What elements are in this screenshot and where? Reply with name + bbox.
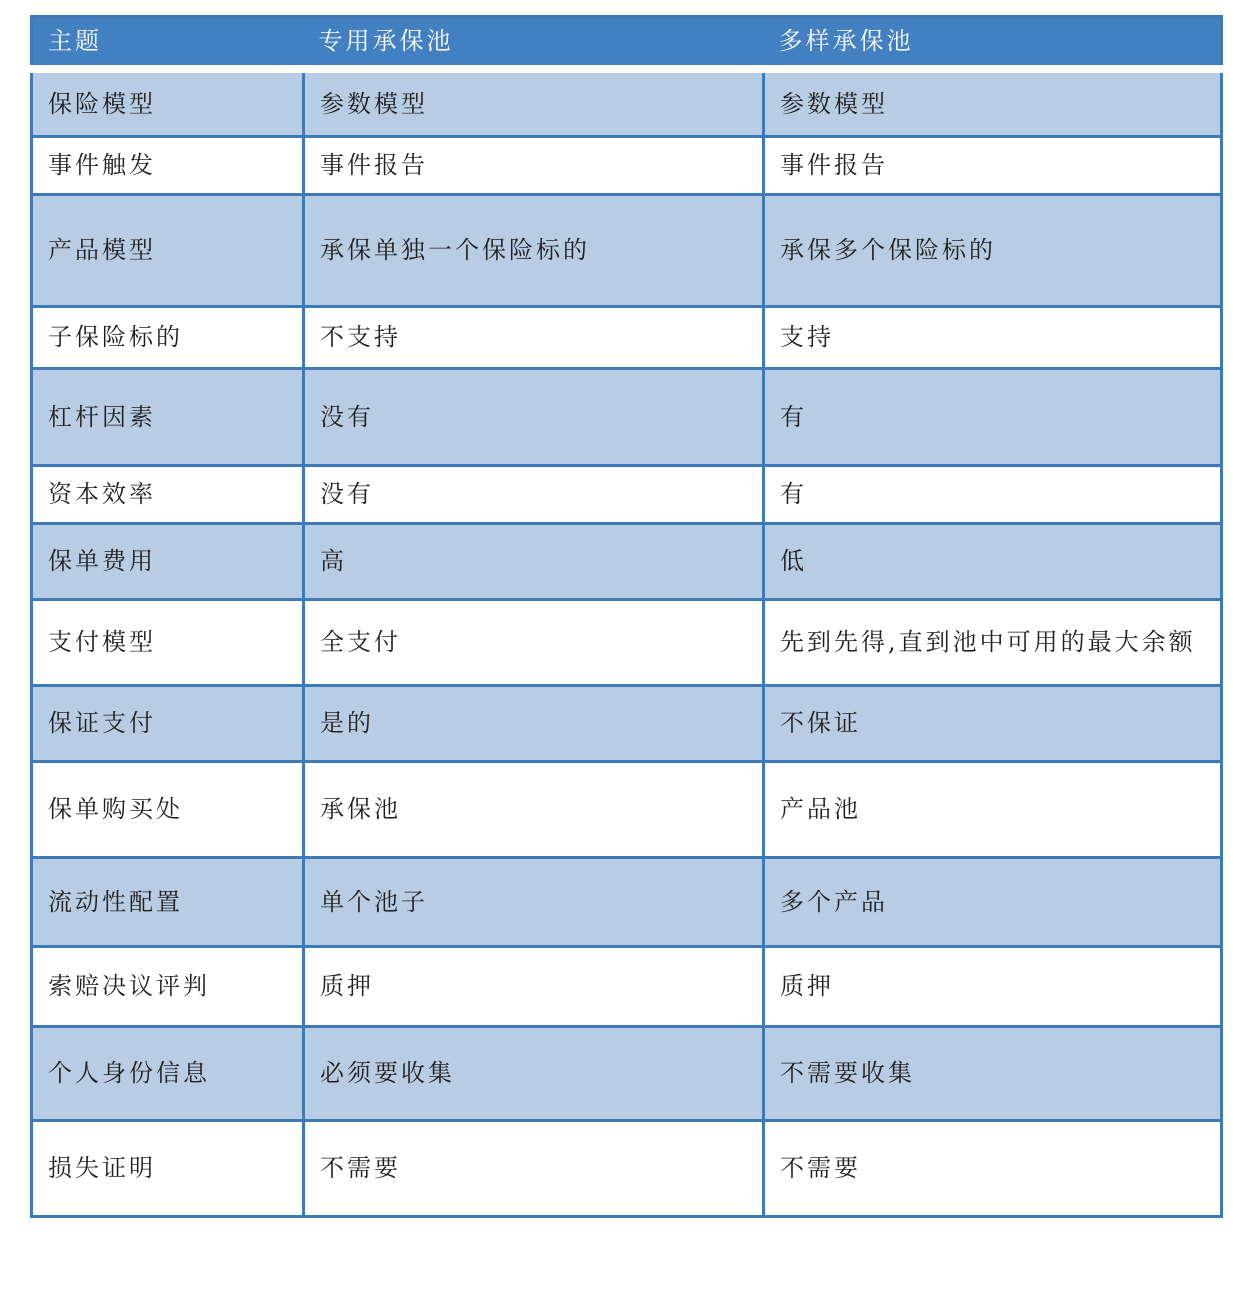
column-header-dedicated-pool: 专用承保池 — [304, 17, 764, 69]
dedicated-pool-cell: 承保池 — [304, 762, 764, 858]
page: 主题 专用承保池 多样承保池 保险模型 参数模型 参数模型 事件触发 事件报告 … — [0, 0, 1234, 1302]
topic-cell: 支付模型 — [32, 600, 304, 686]
table-row: 索赔决议评判 质押 质押 — [32, 947, 1222, 1027]
table-row: 流动性配置 单个池子 多个产品 — [32, 858, 1222, 947]
table-row: 支付模型 全支付 先到先得,直到池中可用的最大余额 — [32, 600, 1222, 686]
dedicated-pool-cell: 高 — [304, 524, 764, 600]
dedicated-pool-cell: 没有 — [304, 466, 764, 524]
table-row: 保单购买处 承保池 产品池 — [32, 762, 1222, 858]
dedicated-pool-cell: 承保单独一个保险标的 — [304, 195, 764, 307]
table-row: 保证支付 是的 不保证 — [32, 686, 1222, 762]
column-header-topic: 主题 — [32, 17, 304, 69]
dedicated-pool-cell: 必须要收集 — [304, 1027, 764, 1121]
table-row: 资本效率 没有 有 — [32, 466, 1222, 524]
topic-cell: 保单费用 — [32, 524, 304, 600]
diverse-pool-cell: 不保证 — [764, 686, 1222, 762]
diverse-pool-cell: 多个产品 — [764, 858, 1222, 947]
table-row: 个人身份信息 必须要收集 不需要收集 — [32, 1027, 1222, 1121]
topic-cell: 保单购买处 — [32, 762, 304, 858]
dedicated-pool-cell: 不需要 — [304, 1121, 764, 1217]
topic-cell: 资本效率 — [32, 466, 304, 524]
table-row: 产品模型 承保单独一个保险标的 承保多个保险标的 — [32, 195, 1222, 307]
diverse-pool-cell: 承保多个保险标的 — [764, 195, 1222, 307]
diverse-pool-cell: 有 — [764, 466, 1222, 524]
diverse-pool-cell: 参数模型 — [764, 69, 1222, 137]
column-header-diverse-pool: 多样承保池 — [764, 17, 1222, 69]
dedicated-pool-cell: 单个池子 — [304, 858, 764, 947]
diverse-pool-cell: 质押 — [764, 947, 1222, 1027]
topic-cell: 损失证明 — [32, 1121, 304, 1217]
diverse-pool-cell: 有 — [764, 369, 1222, 466]
dedicated-pool-cell: 事件报告 — [304, 137, 764, 195]
diverse-pool-cell: 不需要 — [764, 1121, 1222, 1217]
table-row: 事件触发 事件报告 事件报告 — [32, 137, 1222, 195]
dedicated-pool-cell: 没有 — [304, 369, 764, 466]
topic-cell: 杠杆因素 — [32, 369, 304, 466]
table-row: 子保险标的 不支持 支持 — [32, 307, 1222, 369]
topic-cell: 子保险标的 — [32, 307, 304, 369]
topic-cell: 事件触发 — [32, 137, 304, 195]
header-row: 主题 专用承保池 多样承保池 — [32, 17, 1222, 69]
dedicated-pool-cell: 全支付 — [304, 600, 764, 686]
topic-cell: 保证支付 — [32, 686, 304, 762]
topic-cell: 个人身份信息 — [32, 1027, 304, 1121]
diverse-pool-cell: 不需要收集 — [764, 1027, 1222, 1121]
table-row: 损失证明 不需要 不需要 — [32, 1121, 1222, 1217]
topic-cell: 产品模型 — [32, 195, 304, 307]
topic-cell: 索赔决议评判 — [32, 947, 304, 1027]
dedicated-pool-cell: 质押 — [304, 947, 764, 1027]
dedicated-pool-cell: 不支持 — [304, 307, 764, 369]
comparison-table: 主题 专用承保池 多样承保池 保险模型 参数模型 参数模型 事件触发 事件报告 … — [30, 15, 1223, 1218]
dedicated-pool-cell: 是的 — [304, 686, 764, 762]
diverse-pool-cell: 事件报告 — [764, 137, 1222, 195]
diverse-pool-cell: 先到先得,直到池中可用的最大余额 — [764, 600, 1222, 686]
table-row: 杠杆因素 没有 有 — [32, 369, 1222, 466]
topic-cell: 流动性配置 — [32, 858, 304, 947]
diverse-pool-cell: 产品池 — [764, 762, 1222, 858]
topic-cell: 保险模型 — [32, 69, 304, 137]
table-row: 保险模型 参数模型 参数模型 — [32, 69, 1222, 137]
dedicated-pool-cell: 参数模型 — [304, 69, 764, 137]
diverse-pool-cell: 支持 — [764, 307, 1222, 369]
diverse-pool-cell: 低 — [764, 524, 1222, 600]
table-row: 保单费用 高 低 — [32, 524, 1222, 600]
